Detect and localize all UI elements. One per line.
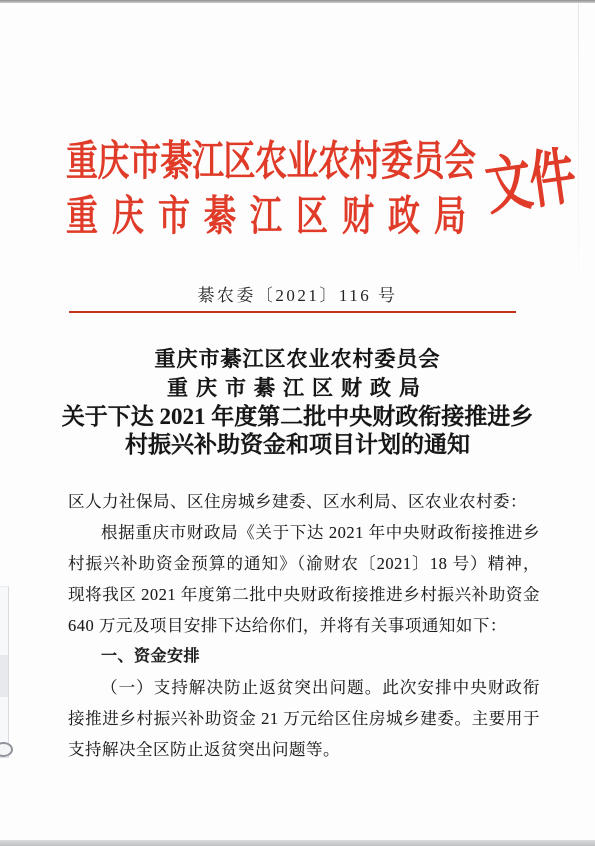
section-1-heading: 一、资金安排 bbox=[68, 641, 540, 672]
agency-name-line2: 重庆市綦江区财政局 bbox=[66, 195, 480, 237]
title-line-4: 村振兴补助资金和项目计划的通知 bbox=[0, 431, 595, 459]
scan-edge-top bbox=[0, 0, 595, 3]
doc-type-label: 文件 bbox=[482, 146, 578, 220]
agency-name-line1: 重庆市綦江区农业农村委员会 bbox=[66, 140, 476, 182]
title-line-3: 关于下达 2021 年度第二批中央财政衔接推进乡 bbox=[0, 402, 595, 431]
item-1-lead: （一）支持解决防止返贫突出问题。 bbox=[101, 678, 382, 697]
title-line-2: 重庆市綦江区财政局 bbox=[0, 374, 595, 402]
red-divider-line bbox=[69, 311, 516, 313]
recipients-line: 区人力社保局、区住房城乡建委、区水利局、区农业农村委： bbox=[68, 486, 540, 517]
page-right-edge bbox=[578, 3, 579, 303]
underlying-page-band bbox=[0, 655, 8, 697]
title-line-1: 重庆市綦江区农业农村委员会 bbox=[0, 344, 595, 374]
item-1-paragraph: （一）支持解决防止返贫突出问题。此次安排中央财政衔接推进乡村振兴补助资金 21 … bbox=[68, 672, 540, 765]
scan-edge-bottom bbox=[0, 840, 595, 846]
doc-number: 綦农委〔2021〕116 号 bbox=[0, 281, 595, 306]
scanned-document-page: 重庆市綦江区农业农村委员会 重庆市綦江区财政局 文件 綦农委〔2021〕116 … bbox=[0, 0, 595, 846]
paragraph-1: 根据重庆市财政局《关于下达 2021 年中央财政衔接推进乡村振兴补助资金预算的通… bbox=[68, 517, 540, 641]
underlying-page-edge bbox=[0, 586, 9, 758]
document-title: 重庆市綦江区农业农村委员会 重庆市綦江区财政局 关于下达 2021 年度第二批中… bbox=[0, 344, 595, 459]
scan-artifact-mark bbox=[0, 742, 13, 757]
document-body: 区人力社保局、区住房城乡建委、区水利局、区农业农村委： 根据重庆市财政局《关于下… bbox=[68, 486, 540, 765]
